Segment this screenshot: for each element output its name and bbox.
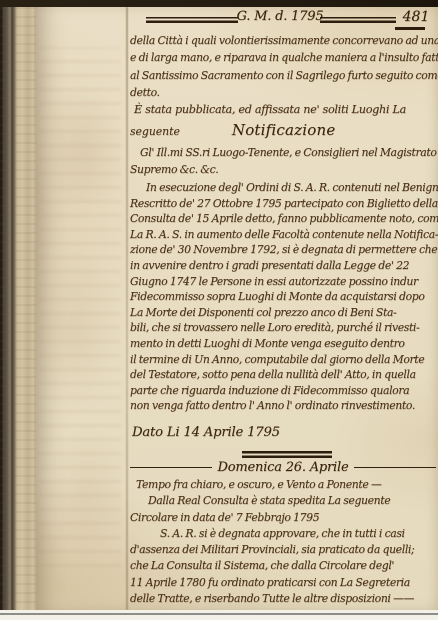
manuscript-line: Circolare in data de' 7 Febbrajo 1795	[130, 510, 436, 526]
page-number: 481	[396, 9, 436, 25]
manuscript-line: Consulta de' 15 Aprile detto, fanno pubb…	[130, 211, 436, 227]
manuscript-line: Fidecommisso sopra Luoghi di Monte da ac…	[130, 289, 436, 305]
manuscript-line: 11 Aprile 1780 fu ordinato praticarsi co…	[130, 575, 436, 591]
manuscript-line: detto.	[130, 84, 436, 101]
manuscript-line: bili, che si trovassero nelle Loro eredi…	[130, 320, 436, 336]
manuscript-line: Supremo &c. &c.	[130, 161, 436, 178]
manuscript-photo: G. M. d. 1795 481 della Città i quali vo…	[0, 0, 438, 620]
manuscript-line: che La Consulta il Sistema, che dalla Ci…	[130, 558, 436, 574]
entry-heading: Domenica 26. Aprile	[218, 460, 349, 475]
manuscript-line: In esecuzione degl' Ordini di S. A. R. c…	[130, 180, 436, 196]
manuscript-page: G. M. d. 1795 481 della Città i quali vo…	[34, 7, 438, 610]
manuscript-line: Tempo fra chiaro, e oscuro, e Vento a Po…	[130, 477, 436, 493]
publication-lead: seguente	[130, 125, 180, 138]
manuscript-line: e di larga mano, e riparava in qualche m…	[130, 49, 436, 66]
heading-rule-right	[354, 467, 436, 469]
manuscript-line: non venga fatto dentro l' Anno l' ordina…	[130, 398, 436, 414]
opening-paragraph: della Città i quali volontierissimamente…	[130, 32, 436, 102]
manuscript-line: della Città i quali volontierissimamente…	[130, 32, 436, 49]
photo-bottom-edge	[0, 610, 438, 620]
entry-paragraph: Tempo fra chiaro, e oscuro, e Vento a Po…	[130, 477, 436, 607]
dateline: Dato Li 14 Aprile 1795	[132, 425, 280, 440]
header-rule-right	[320, 17, 396, 23]
book-left-edge	[0, 0, 36, 612]
notification-title-row: seguenteNotificazione	[130, 121, 335, 139]
page-number-underline	[395, 27, 425, 30]
manuscript-line: Gl' Ill.mi SS.ri Luogo-Tenente, e Consig…	[130, 144, 436, 161]
manuscript-line: Giugno 1747 le Persone in essi autorizza…	[130, 274, 436, 290]
book-top-edge	[0, 0, 438, 7]
manuscript-line: Dalla Real Consulta è stata spedita La s…	[130, 493, 436, 509]
publication-line: È stata pubblicata, ed affissata ne' sol…	[134, 103, 406, 116]
section-divider-rule	[242, 451, 332, 458]
header-rule-left	[146, 17, 238, 23]
notification-title: Notificazione	[232, 121, 336, 139]
page-header-title: G. M. d. 1795	[232, 9, 328, 24]
manuscript-line: delle Tratte, e riserbando Tutte le altr…	[130, 591, 436, 607]
manuscript-line: in avvenire dentro i gradi presentati da…	[130, 258, 436, 274]
salutation-paragraph: Gl' Ill.mi SS.ri Luogo-Tenente, e Consig…	[130, 144, 436, 179]
manuscript-line: il termine di Un Anno, computabile dal g…	[130, 352, 436, 368]
manuscript-line: La Morte dei Disponenti col prezzo anco …	[130, 305, 436, 321]
ink-bleedthrough	[39, 47, 121, 567]
notification-body: In esecuzione degl' Ordini di S. A. R. c…	[130, 180, 436, 414]
manuscript-line: d'assenza dei Militari Provinciali, sia …	[130, 542, 436, 558]
manuscript-line: del Testatore, sotto pena della nullità …	[130, 367, 436, 383]
manuscript-line: Rescritto de' 27 Ottobre 1795 partecipat…	[130, 196, 436, 212]
manuscript-line: parte che riguarda induzione di Fidecomm…	[130, 383, 436, 399]
manuscript-line: mento in detti Luoghi di Monte venga ese…	[130, 336, 436, 352]
manuscript-line: al Santissimo Sacramento con il Sagrileg…	[130, 67, 436, 84]
manuscript-line: La R. A. S. in aumento delle Facoltà con…	[130, 227, 436, 243]
entry-heading-row: Domenica 26. Aprile	[130, 460, 436, 475]
manuscript-line: zione de' 30 Novembre 1792, si è degnata…	[130, 242, 436, 258]
manuscript-line: S. A. R. si è degnata approvare, che in …	[130, 526, 436, 542]
heading-rule-left	[130, 467, 212, 469]
margin-fold-line	[126, 7, 128, 610]
